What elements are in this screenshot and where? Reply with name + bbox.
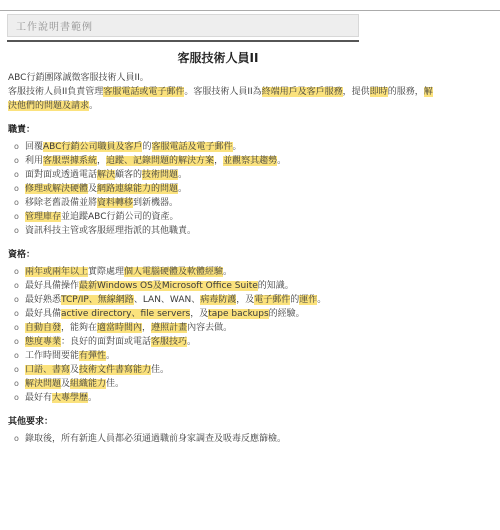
text-run: ：良好的面對面或電話 [61, 337, 151, 347]
bullet-marker: o [14, 377, 25, 391]
highlighted-text: 並觀察其趨勢 [223, 156, 277, 166]
bullet-marker: o [14, 168, 25, 182]
list-item: o移除老舊設備並將資料轉移到新機器。 [8, 196, 438, 210]
list-item: o錄取後，所有新進人員都必須通過職前身家調查及吸毒反應篩檢。 [8, 432, 438, 446]
text-run: 。 [223, 267, 232, 277]
list-item: o最好具備active directory、file servers，及tape… [8, 307, 438, 321]
text-run: 內容去做。 [187, 323, 232, 333]
highlighted-text: ABC行銷公司職員及客戶 [43, 142, 142, 152]
top-divider [0, 10, 500, 11]
text-run: ，能夠在 [61, 323, 97, 333]
intro-paragraphs: ABC行銷團隊誠徵客服技術人員II。客服技術人員II負責管理客服電話或電子郵件。… [8, 71, 438, 113]
list-item: o工作時間要能有彈性。 [8, 349, 438, 363]
text-run: 的服務， [388, 87, 424, 97]
bullet-list: o回覆ABC行銷公司職員及客戶的客服電話及電子郵件。o利用客服票據系統，追蹤、記… [8, 140, 438, 238]
list-item-text: 錄取後，所有新進人員都必須通過職前身家調查及吸毒反應篩檢。 [25, 432, 438, 446]
text-run: ， [142, 323, 151, 333]
list-item: o利用客服票據系統，追蹤、記錄問題的解決方案，並觀察其趨勢。 [8, 154, 438, 168]
highlighted-text: 病毒防護 [200, 295, 236, 305]
bullet-marker: o [14, 321, 25, 335]
text-run: 佳。 [106, 379, 124, 389]
document-body: ABC行銷團隊誠徵客服技術人員II。客服技術人員II負責管理客服電話或電子郵件。… [8, 71, 438, 446]
highlighted-text: tape backups [208, 309, 268, 319]
text-run: 資訊科技主管或客服經理指派的其他職責。 [25, 226, 196, 236]
highlighted-text: 客服技巧 [151, 337, 187, 347]
highlighted-text: 兩年或兩年以上 [25, 267, 88, 277]
highlighted-text: 有彈性 [79, 351, 106, 361]
list-item: o資訊科技主管或客服經理指派的其他職責。 [8, 224, 438, 238]
highlighted-text: 電子郵件 [254, 295, 290, 305]
highlighted-text: 口語、書寫 [25, 365, 70, 375]
highlighted-text: 技術文件書寫能力 [79, 365, 151, 375]
text-run: 。 [233, 142, 242, 152]
list-item: o自動自發，能夠在適當時間內，遵照計畫內容去做。 [8, 321, 438, 335]
list-item-text: 口語、書寫及技術文件書寫能力佳。 [25, 363, 438, 377]
text-run: 的 [290, 295, 299, 305]
highlighted-text: 組織能力 [70, 379, 106, 389]
text-run: 。 [88, 393, 97, 403]
highlighted-text: 解決問題 [25, 379, 61, 389]
list-item-text: 修理或解決硬體及網路連線能力的問題。 [25, 182, 438, 196]
text-run: ， [214, 156, 223, 166]
text-run: 。客服技術人員II為 [184, 87, 261, 97]
highlighted-text: 網路連線能力的問題 [97, 184, 178, 194]
highlighted-text: TCP/IP、無線網路 [61, 295, 134, 305]
bullet-marker: o [14, 335, 25, 349]
list-item-text: 移除老舊設備並將資料轉移到新機器。 [25, 196, 438, 210]
list-item: o最好熟悉TCP/IP、無線網路、LAN、WAN、病毒防護，及電子郵件的運作。 [8, 293, 438, 307]
text-run: 佳。 [151, 365, 169, 375]
document-sections: 職責：o回覆ABC行銷公司職員及客戶的客服電話及電子郵件。o利用客服票據系統，追… [8, 123, 438, 446]
text-run: ，及 [236, 295, 254, 305]
highlighted-text: 適當時間內 [97, 323, 142, 333]
bullet-marker: o [14, 154, 25, 168]
highlighted-text: active directory、file servers [61, 309, 190, 319]
list-item: o回覆ABC行銷公司職員及客戶的客服電話及電子郵件。 [8, 140, 438, 154]
text-run: 並追蹤ABC行銷公司的資產。 [61, 212, 178, 222]
text-run: 顧客的 [115, 170, 142, 180]
highlighted-text: 解決 [97, 170, 115, 180]
list-item-text: 面對面或透過電話解決顧客的技術問題。 [25, 168, 438, 182]
text-run: 、LAN、WAN、 [134, 295, 200, 305]
list-item: o最好有大專學歷。 [8, 391, 438, 405]
text-run: ABC行銷團隊誠徵客服技術人員II。 [8, 73, 149, 83]
page-title: 客服技術人員II [0, 49, 436, 66]
list-item-text: 最好具備active directory、file servers，及tape … [25, 307, 438, 321]
section-heading: 其他要求： [8, 415, 438, 429]
highlighted-text: 態度專業 [25, 337, 61, 347]
text-run: 的知識。 [258, 281, 294, 291]
bullet-marker: o [14, 363, 25, 377]
list-item-text: 自動自發，能夠在適當時間內，遵照計畫內容去做。 [25, 321, 438, 335]
text-run: 。 [178, 184, 187, 194]
text-run: 的 [142, 142, 151, 152]
text-run: 移除老舊設備並將 [25, 198, 97, 208]
text-run: 最好具備 [25, 309, 61, 319]
highlighted-text: 運作 [299, 295, 317, 305]
text-run: 利用 [25, 156, 43, 166]
list-item-text: 解決問題及組織能力佳。 [25, 377, 438, 391]
highlighted-text: 客服電話或電子郵件 [103, 87, 184, 97]
highlighted-text: 資料轉移 [97, 198, 133, 208]
list-item-text: 最好具備操作最新Windows OS及Microsoft Office Suit… [25, 279, 438, 293]
text-run: 。 [277, 156, 286, 166]
bullet-marker: o [14, 349, 25, 363]
text-run: 。 [317, 295, 326, 305]
bullet-list: o錄取後，所有新進人員都必須通過職前身家調查及吸毒反應篩檢。 [8, 432, 438, 446]
bullet-marker: o [14, 391, 25, 405]
list-item-text: 兩年或兩年以上實際處理個人電腦硬體及軟體經驗。 [25, 265, 438, 279]
list-item-text: 資訊科技主管或客服經理指派的其他職責。 [25, 224, 438, 238]
text-run: 。 [178, 170, 187, 180]
bullet-marker: o [14, 196, 25, 210]
list-item-text: 最好有大專學歷。 [25, 391, 438, 405]
document-caption-bar: 工作說明書範例 [7, 14, 359, 37]
highlighted-text: 遵照計畫 [151, 323, 187, 333]
highlighted-text: 修理或解決硬體 [25, 184, 88, 194]
intro-paragraph: 客服技術人員II負責管理客服電話或電子郵件。客服技術人員II為終端用戶及客戶服務… [8, 85, 438, 113]
highlighted-text: 最新Windows OS及Microsoft Office Suite [79, 281, 258, 291]
highlighted-text: 追蹤、記錄問題的解決方案 [106, 156, 214, 166]
text-run: 面對面或透過電話 [25, 170, 97, 180]
list-item: o解決問題及組織能力佳。 [8, 377, 438, 391]
highlighted-text: 自動自發 [25, 323, 61, 333]
bullet-list: o兩年或兩年以上實際處理個人電腦硬體及軟體經驗。o最好具備操作最新Windows… [8, 265, 438, 405]
list-item-text: 最好熟悉TCP/IP、無線網路、LAN、WAN、病毒防護，及電子郵件的運作。 [25, 293, 438, 307]
section-heading: 資格： [8, 248, 438, 262]
text-run: 回覆 [25, 142, 43, 152]
list-item-text: 管理庫存並追蹤ABC行銷公司的資產。 [25, 210, 438, 224]
text-run: 錄取後，所有新進人員都必須通過職前身家調查及吸毒反應篩檢。 [25, 434, 286, 444]
text-run: 的經驗。 [269, 309, 305, 319]
list-item: o面對面或透過電話解決顧客的技術問題。 [8, 168, 438, 182]
text-run: ， [97, 156, 106, 166]
list-item: o修理或解決硬體及網路連線能力的問題。 [8, 182, 438, 196]
text-run: 客服技術人員II負責管理 [8, 87, 103, 97]
bullet-marker: o [14, 182, 25, 196]
highlighted-text: 終端用戶及客戶服務 [262, 87, 343, 97]
highlighted-text: 技術問題 [142, 170, 178, 180]
text-run: 實際處理 [88, 267, 124, 277]
highlighted-text: 個人電腦硬體及軟體經驗 [124, 267, 223, 277]
text-run: 及 [88, 184, 97, 194]
list-item-text: 回覆ABC行銷公司職員及客戶的客服電話及電子郵件。 [25, 140, 438, 154]
list-item: o態度專業：良好的面對面或電話客服技巧。 [8, 335, 438, 349]
list-item: o口語、書寫及技術文件書寫能力佳。 [8, 363, 438, 377]
text-run: 。 [187, 337, 196, 347]
bullet-marker: o [14, 210, 25, 224]
bullet-marker: o [14, 307, 25, 321]
text-run: ，及 [190, 309, 208, 319]
highlighted-text: 大專學歷 [52, 393, 88, 403]
text-run: 最好熟悉 [25, 295, 61, 305]
highlighted-text: 即時 [370, 87, 388, 97]
bullet-marker: o [14, 224, 25, 238]
list-item: o最好具備操作最新Windows OS及Microsoft Office Sui… [8, 279, 438, 293]
list-item-text: 利用客服票據系統，追蹤、記錄問題的解決方案，並觀察其趨勢。 [25, 154, 438, 168]
highlighted-text: 管理庫存 [25, 212, 61, 222]
bullet-marker: o [14, 265, 25, 279]
list-item-text: 態度專業：良好的面對面或電話客服技巧。 [25, 335, 438, 349]
text-run: 。 [89, 101, 98, 111]
list-item: o兩年或兩年以上實際處理個人電腦硬體及軟體經驗。 [8, 265, 438, 279]
list-item-text: 工作時間要能有彈性。 [25, 349, 438, 363]
caption-underline [7, 40, 359, 42]
text-run: 。 [106, 351, 115, 361]
bullet-marker: o [14, 432, 25, 446]
highlighted-text: 客服票據系統 [43, 156, 97, 166]
intro-paragraph: ABC行銷團隊誠徵客服技術人員II。 [8, 71, 438, 85]
document-caption-label: 工作說明書範例 [16, 22, 93, 33]
section-heading: 職責： [8, 123, 438, 137]
bullet-marker: o [14, 293, 25, 307]
list-item: o管理庫存並追蹤ABC行銷公司的資產。 [8, 210, 438, 224]
text-run: 及 [70, 365, 79, 375]
bullet-marker: o [14, 279, 25, 293]
text-run: 最好具備操作 [25, 281, 79, 291]
text-run: 及 [61, 379, 70, 389]
text-run: 工作時間要能 [25, 351, 79, 361]
highlighted-text: 客服電話及電子郵件 [152, 142, 233, 152]
text-run: 到新機器。 [133, 198, 178, 208]
text-run: 最好有 [25, 393, 52, 403]
text-run: ，提供 [343, 87, 370, 97]
bullet-marker: o [14, 140, 25, 154]
